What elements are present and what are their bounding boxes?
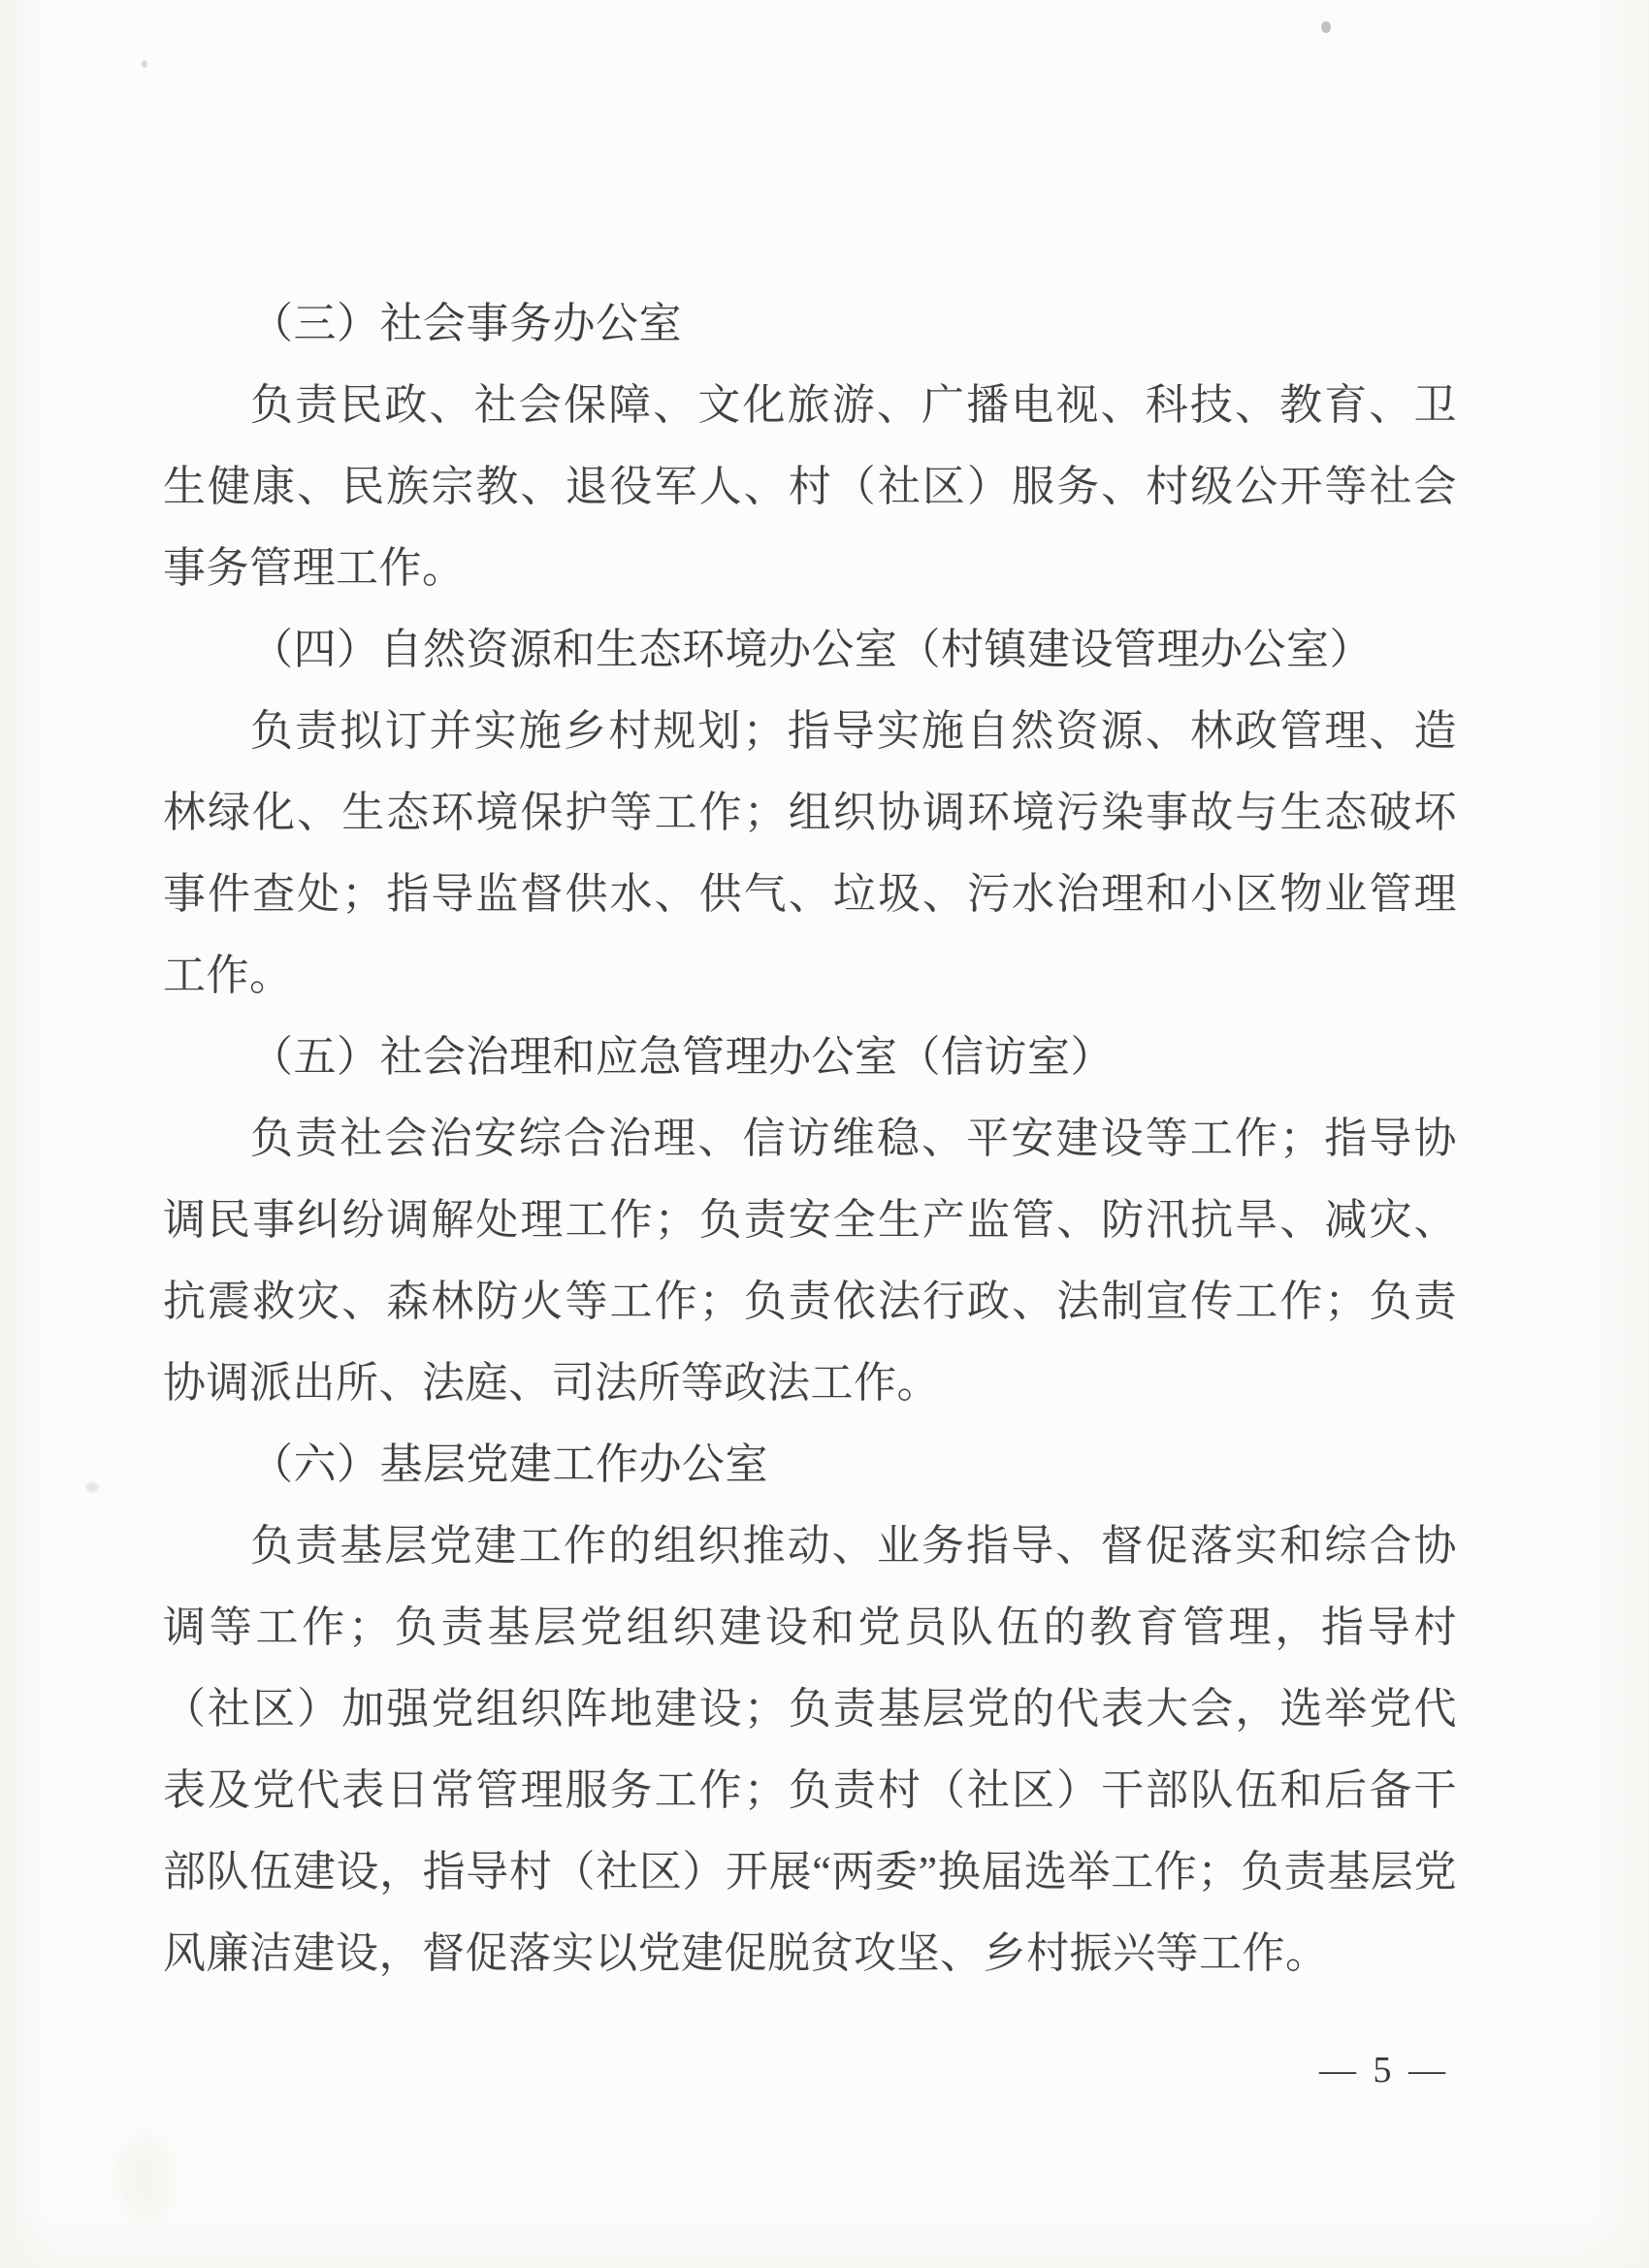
section-heading: （四）自然资源和生态环境办公室（村镇建设管理办公室） — [163, 609, 1457, 691]
document-page: （三）社会事务办公室 负责民政、社会保障、文化旅游、广播电视、科技、教育、卫生健… — [0, 0, 1649, 2268]
section-natural-resources: （四）自然资源和生态环境办公室（村镇建设管理办公室） 负责拟订并实施乡村规划；指… — [163, 609, 1457, 1017]
section-paragraph: 负责基层党建工作的组织推动、业务指导、督促落实和综合协调等工作；负责基层党组织建… — [163, 1506, 1457, 1994]
section-paragraph: 负责拟订并实施乡村规划；指导实施自然资源、林政管理、造林绿化、生态环境保护等工作… — [163, 691, 1457, 1017]
section-heading: （六）基层党建工作办公室 — [163, 1424, 1457, 1506]
section-heading: （三）社会事务办公室 — [163, 283, 1457, 365]
section-paragraph: 负责社会治安综合治理、信访维稳、平安建设等工作；指导协调民事纠纷调解处理工作；负… — [163, 1098, 1457, 1424]
scan-smudge — [85, 1482, 99, 1492]
section-social-affairs: （三）社会事务办公室 负责民政、社会保障、文化旅游、广播电视、科技、教育、卫生健… — [163, 283, 1457, 609]
scan-speck — [142, 60, 147, 68]
section-heading: （五）社会治理和应急管理办公室（信访室） — [163, 1017, 1457, 1098]
document-body: （三）社会事务办公室 负责民政、社会保障、文化旅游、广播电视、科技、教育、卫生健… — [163, 283, 1457, 1994]
section-social-governance: （五）社会治理和应急管理办公室（信访室） 负责社会治安综合治理、信访维稳、平安建… — [163, 1017, 1457, 1424]
section-party-building: （六）基层党建工作办公室 负责基层党建工作的组织推动、业务指导、督促落实和综合协… — [163, 1424, 1457, 1994]
scan-smudge — [116, 2134, 175, 2221]
section-paragraph: 负责民政、社会保障、文化旅游、广播电视、科技、教育、卫生健康、民族宗教、退役军人… — [163, 365, 1457, 609]
page-number: — 5 — — [1319, 2049, 1449, 2091]
scan-speck — [1321, 21, 1331, 33]
